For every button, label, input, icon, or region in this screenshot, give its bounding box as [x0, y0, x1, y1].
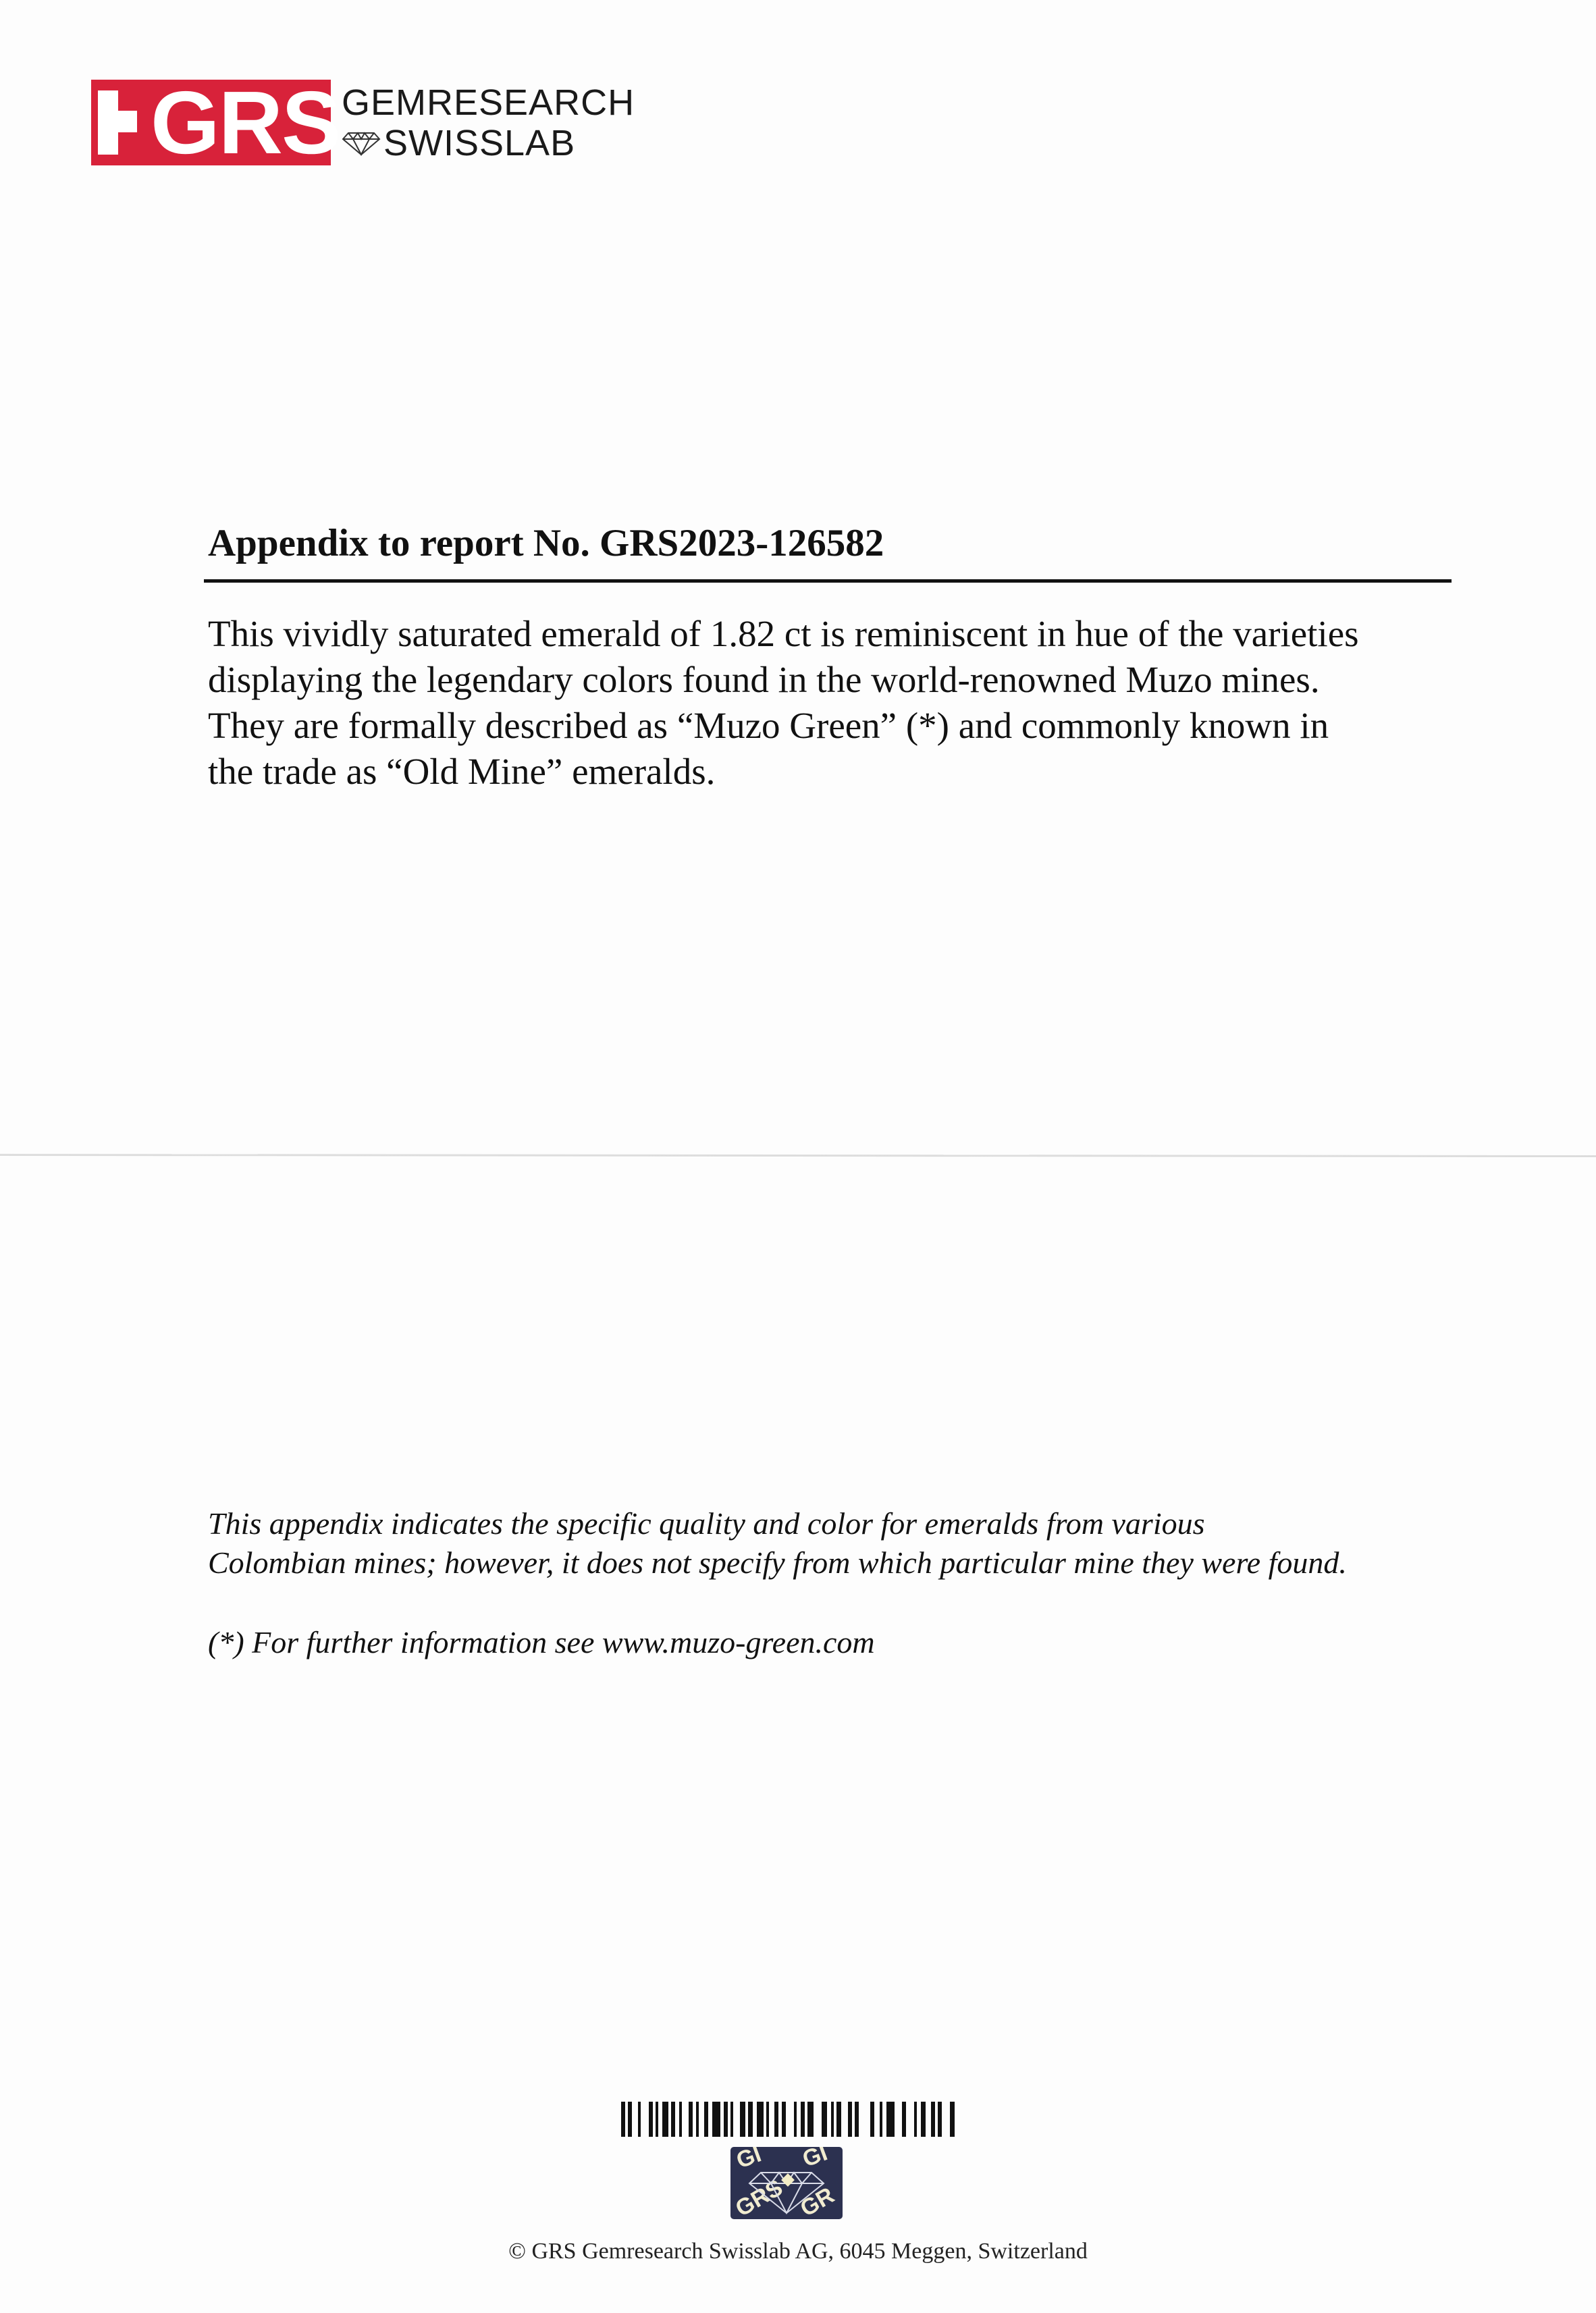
- appendix-title: Appendix to report No. GRS2023-126582: [208, 520, 884, 567]
- body-line: displaying the legendary colors found in…: [208, 657, 1477, 703]
- title-divider: [204, 579, 1452, 583]
- appendix-body: This vividly saturated emerald of 1.82 c…: [208, 611, 1477, 795]
- disclaimer-line: This appendix indicates the specific qua…: [208, 1504, 1347, 1543]
- logo-line-2: SWISSLAB: [383, 123, 575, 163]
- paper-fold-line: [0, 1154, 1596, 1157]
- swiss-cross-bar: [98, 111, 137, 132]
- footer-copyright: © GRS Gemresearch Swisslab AG, 6045 Megg…: [0, 2235, 1596, 2268]
- logo-line-1: GEMRESEARCH: [342, 82, 635, 123]
- footnote: (*) For further information see www.muzo…: [208, 1623, 875, 1662]
- diamond-icon: [342, 130, 381, 156]
- disclaimer-note: This appendix indicates the specific qua…: [208, 1504, 1347, 1583]
- logo-wordmark: GEMRESEARCH SWISSLAB: [342, 82, 635, 163]
- grs-logo: GRS GEMRESEARCH SWISSLAB: [91, 80, 635, 165]
- logo-mark: GRS: [151, 80, 340, 165]
- body-line: This vividly saturated emerald of 1.82 c…: [208, 611, 1477, 657]
- logo-red-box: GRS: [91, 80, 331, 165]
- barcode-icon: [621, 2102, 959, 2137]
- body-line: the trade as “Old Mine” emeralds.: [208, 749, 1477, 795]
- logo-line-2-row: SWISSLAB: [342, 123, 635, 163]
- disclaimer-line: Colombian mines; however, it does not sp…: [208, 1543, 1347, 1583]
- body-line: They are formally described as “Muzo Gre…: [208, 703, 1477, 749]
- hologram-seal-icon: GI GI GRS GR: [730, 2147, 843, 2219]
